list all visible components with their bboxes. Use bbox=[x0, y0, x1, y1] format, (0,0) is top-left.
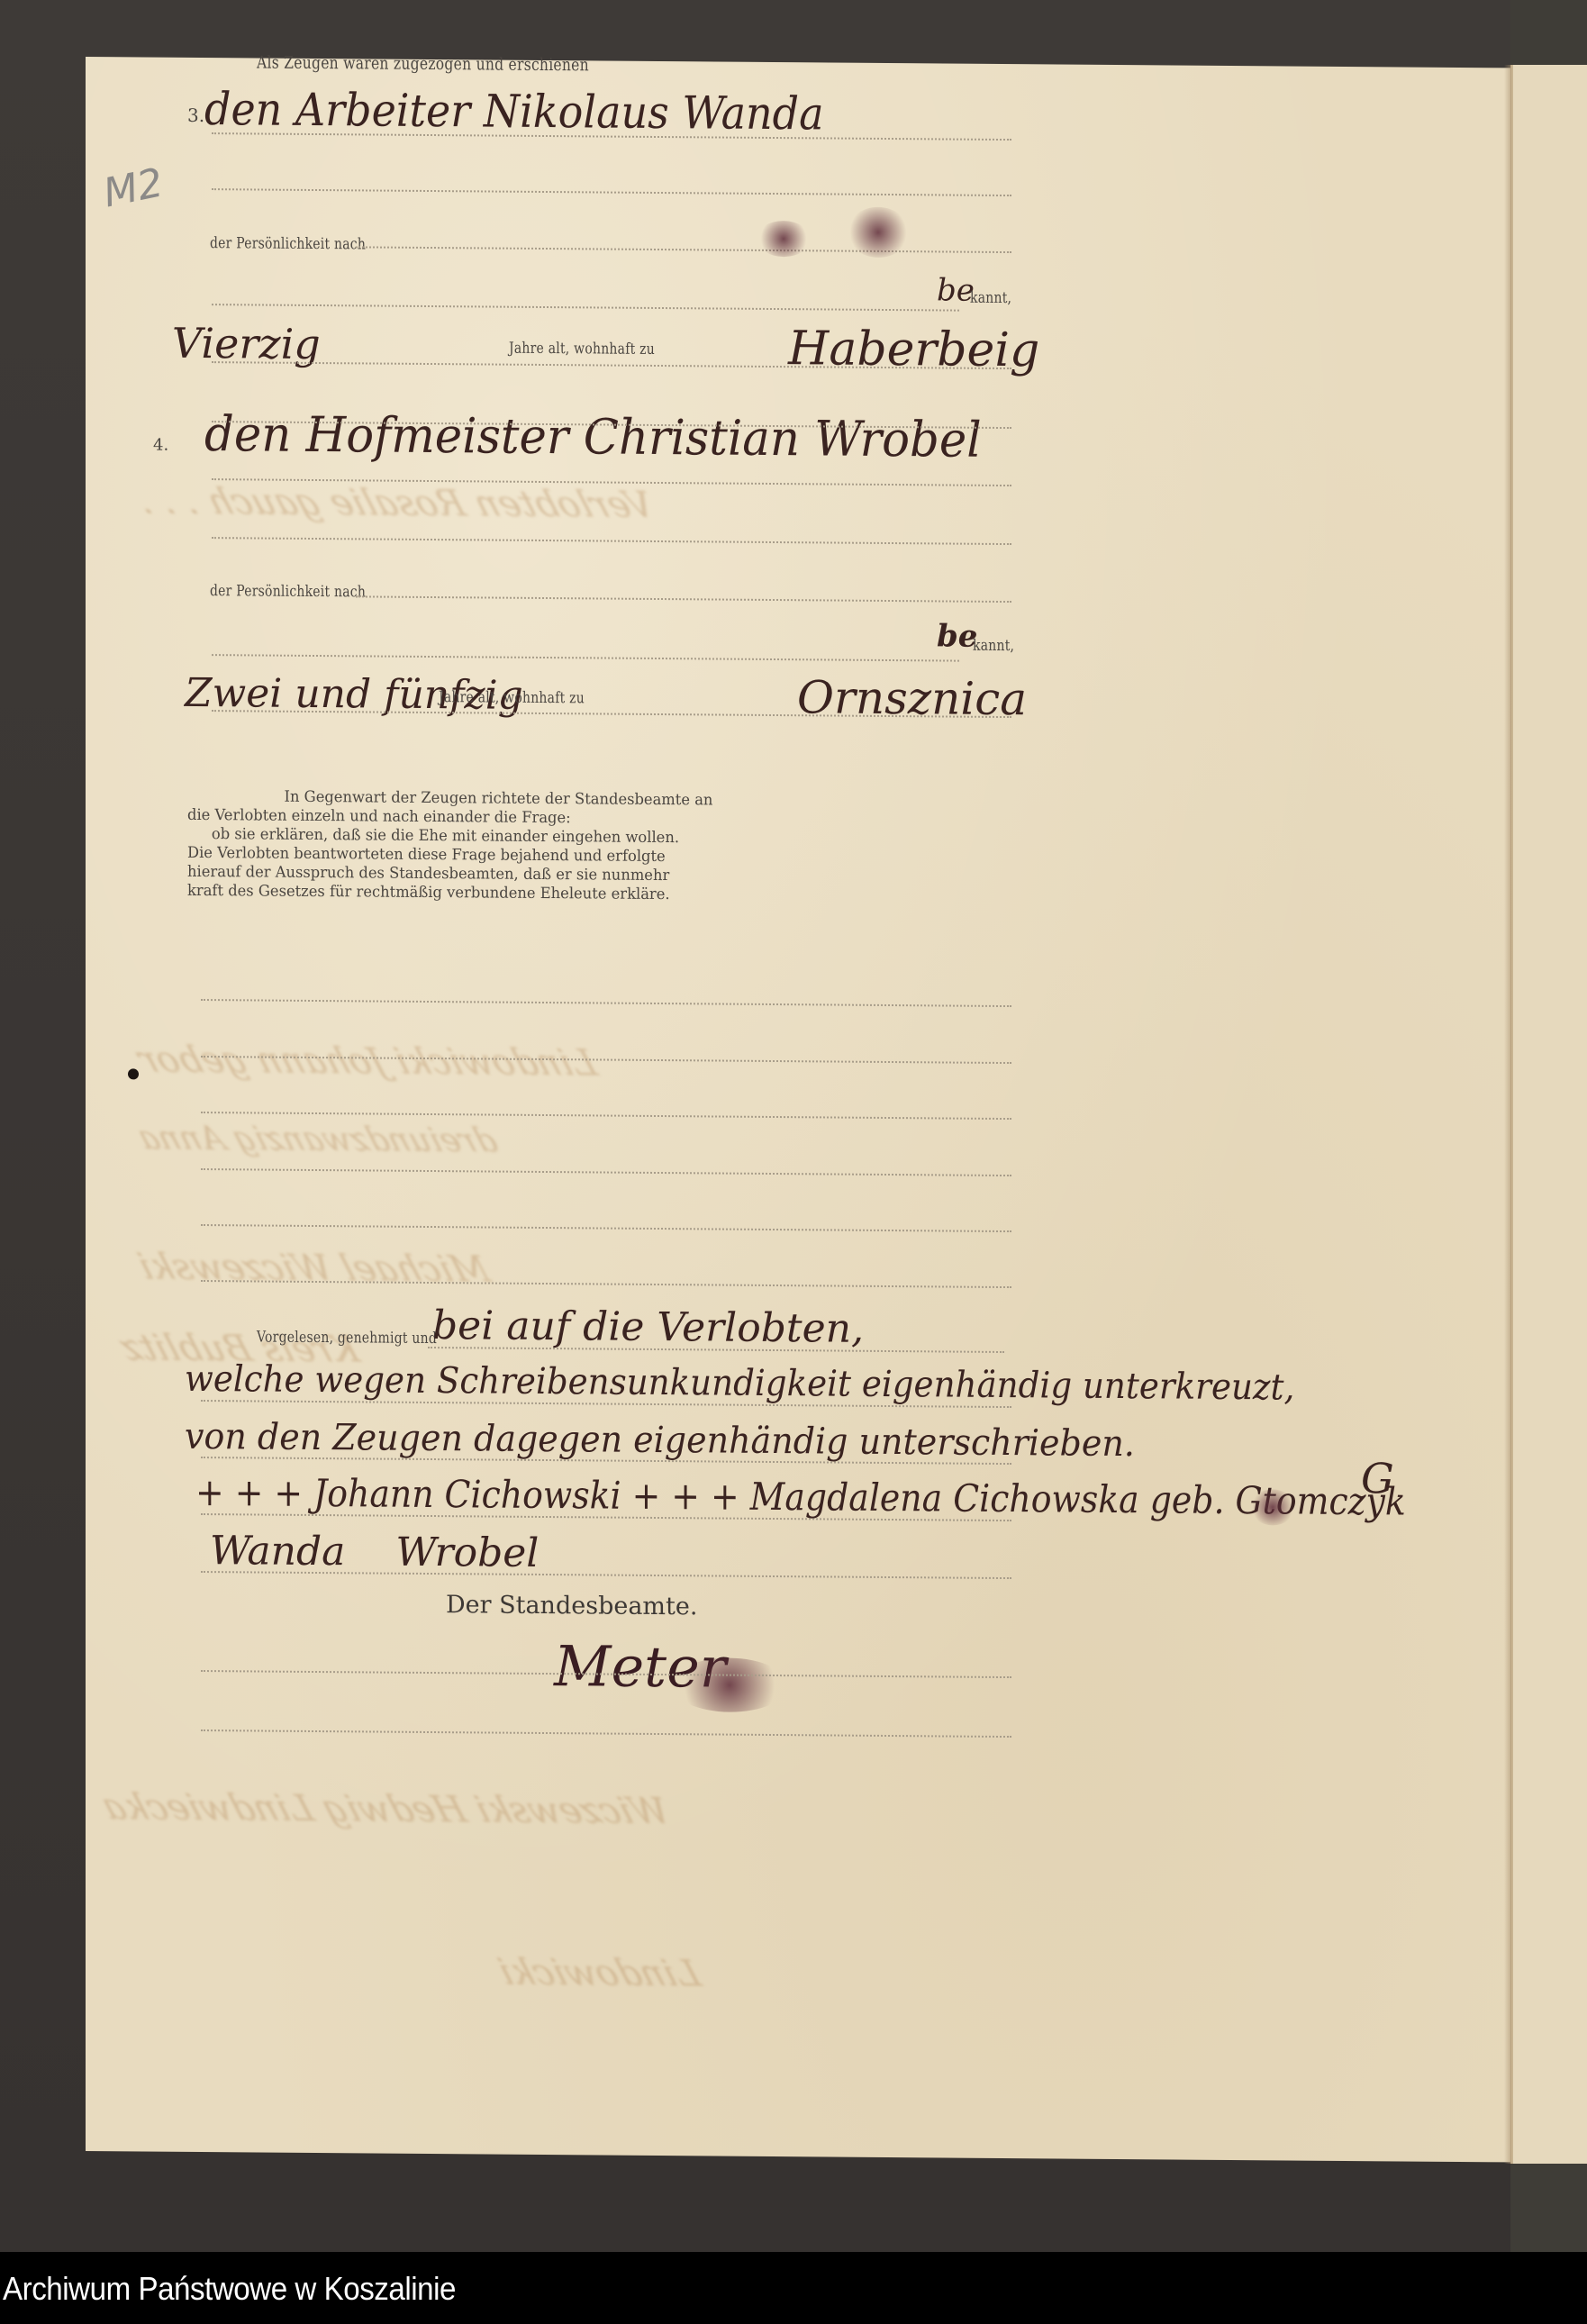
margin-note-pencil: M2 bbox=[99, 159, 167, 216]
bleed-through-text: Michael Wiczewski bbox=[133, 1246, 495, 1290]
known-prefix-handwritten: be bbox=[937, 618, 977, 654]
ink-smudge bbox=[847, 207, 910, 259]
page-fold bbox=[1504, 65, 1511, 2164]
paragraph-line: kraft des Gesetzes für rechtmäßig verbun… bbox=[187, 882, 853, 906]
form-line bbox=[201, 1168, 1011, 1176]
age-residence-label: Jahre alt, wohnhaft zu bbox=[509, 340, 655, 359]
closing-handwritten-line: Wanda Wrobel bbox=[210, 1528, 539, 1576]
form-line bbox=[212, 304, 959, 312]
adjacent-page-edge bbox=[1510, 65, 1587, 2164]
bleed-through-text: dreiundzwanzig Anna bbox=[133, 1120, 502, 1159]
witness-number: 4. bbox=[153, 436, 168, 455]
document-page: Verlobten Rosalie gauch . . . Lindowicki… bbox=[86, 57, 1510, 2162]
official-title-text: Der Standesbeamte. bbox=[446, 1591, 697, 1620]
form-line bbox=[201, 999, 1011, 1007]
identity-label: der Persönlichkeit nach bbox=[210, 234, 366, 253]
marriage-declaration-paragraph: In Gegenwart der Zeugen richtete der Sta… bbox=[187, 787, 853, 906]
ink-smudge bbox=[757, 221, 811, 257]
ink-dot bbox=[128, 1068, 139, 1079]
witness-name-handwritten: den Hofmeister Christian Wrobel bbox=[204, 405, 982, 468]
closing-handwritten-line: bei auf die Verlobten, bbox=[432, 1303, 864, 1352]
official-title: Der Standesbeamte. bbox=[446, 1591, 697, 1620]
archive-name: Archiwum Państwowe w Koszalinie bbox=[3, 2270, 456, 2308]
form-line bbox=[201, 1729, 1011, 1738]
known-label: kannt, bbox=[970, 289, 1011, 307]
known-label: kannt, bbox=[973, 637, 1014, 655]
bleed-through-text: Wiczewski Hedwig Lindwiecka bbox=[97, 1786, 675, 1832]
bleed-through-text: Lindowicki Johann gebor bbox=[133, 1039, 603, 1084]
witnesses-header: Als Zeugen waren zugezogen und erschiene… bbox=[257, 52, 589, 75]
form-line bbox=[201, 1571, 1011, 1579]
identity-label: der Persönlichkeit nach bbox=[210, 582, 366, 601]
form-line bbox=[356, 246, 1011, 253]
form-line bbox=[201, 1112, 1011, 1120]
form-line bbox=[356, 595, 1011, 603]
age-residence-label: Jahre alt, wohnhaft zu bbox=[439, 688, 585, 707]
bleed-through-text: Lindowicki bbox=[494, 1952, 706, 1995]
witness-number: 3. bbox=[187, 104, 204, 126]
known-prefix-handwritten: be bbox=[937, 272, 975, 308]
form-line bbox=[212, 188, 1011, 196]
form-line bbox=[212, 537, 1011, 545]
bleed-through-text: Verlobten Rosalie gauch . . . bbox=[133, 480, 659, 526]
ink-smudge bbox=[1250, 1489, 1295, 1525]
closing-label: Vorgelesen, genehmigt und bbox=[257, 1328, 437, 1348]
form-line bbox=[201, 1224, 1011, 1232]
form-line bbox=[212, 654, 959, 662]
ink-smudge bbox=[671, 1657, 788, 1712]
witness-name-handwritten: den Arbeiter Nikolaus Wanda bbox=[204, 83, 824, 140]
